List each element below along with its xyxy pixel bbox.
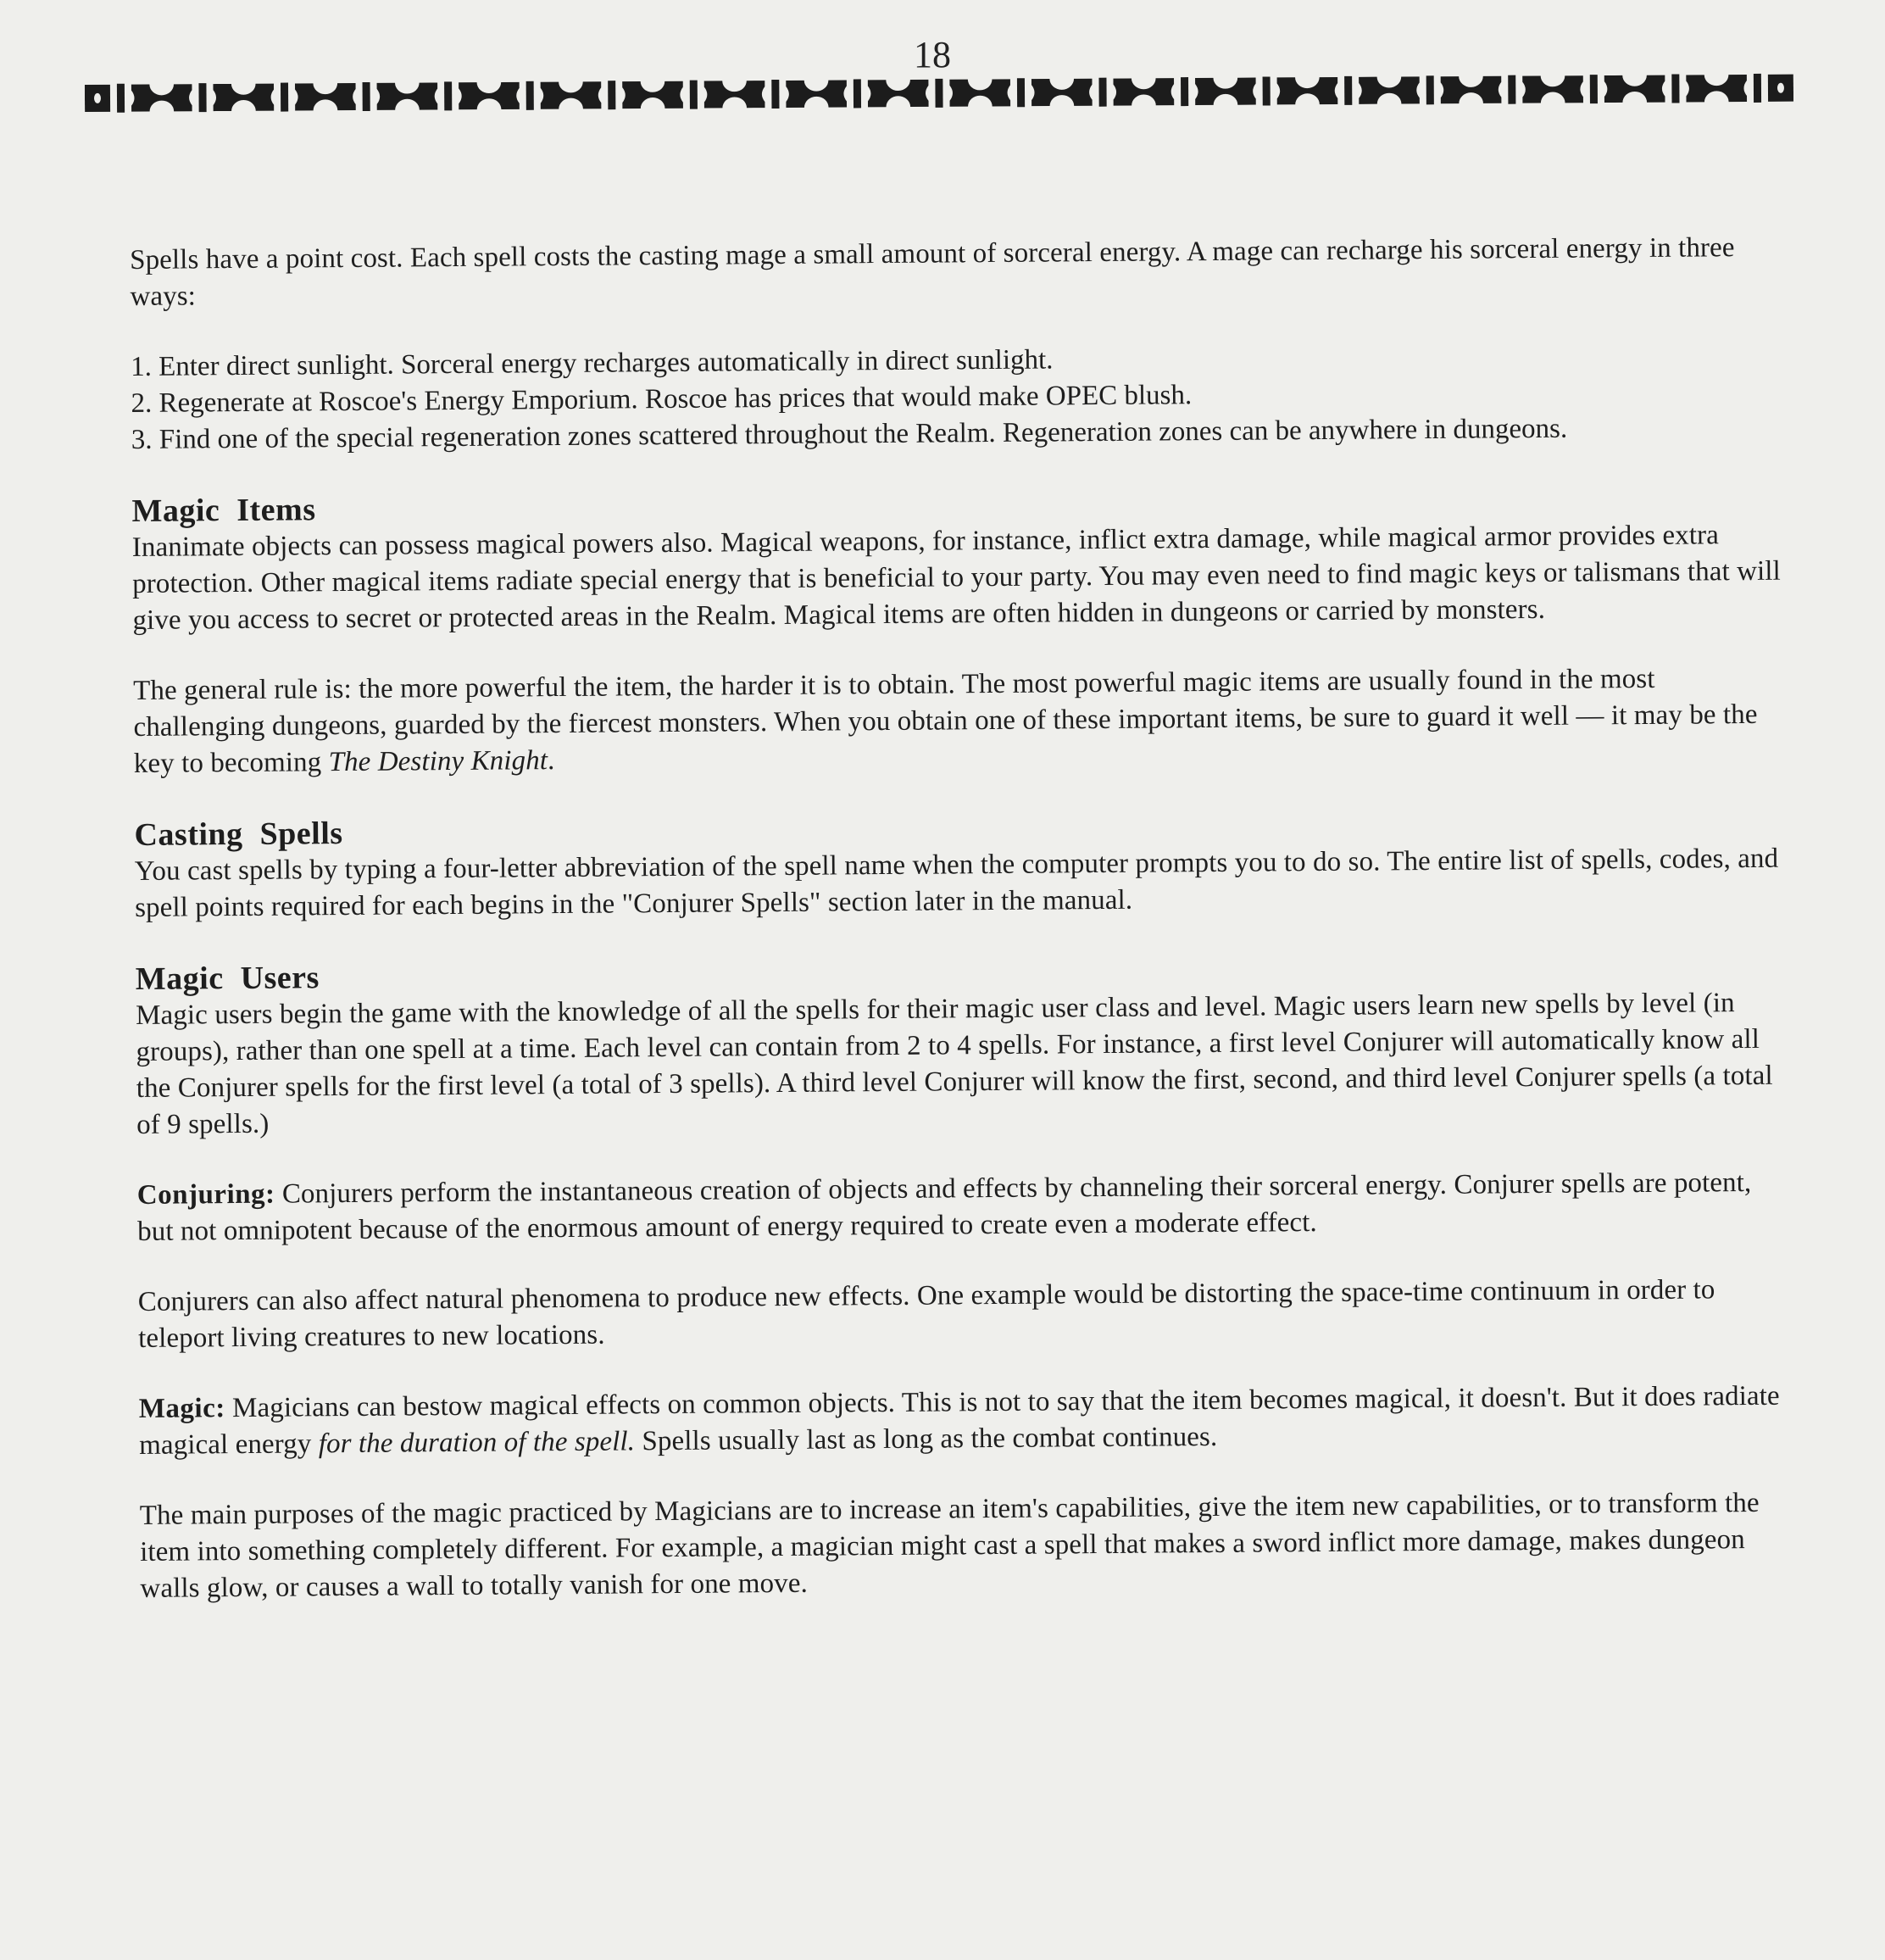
magic-paragraph: Magic: Magicians can bestow magical effe… bbox=[139, 1378, 1793, 1464]
duration-emphasis: for the duration of the spell. bbox=[319, 1426, 636, 1459]
game-title-emphasis: The Destiny Knight bbox=[328, 745, 548, 777]
conjuring-phenomena-paragraph: Conjurers can also affect natural phenom… bbox=[138, 1272, 1792, 1357]
conjuring-label: Conjuring: bbox=[137, 1179, 275, 1211]
magicians-purposes-paragraph: The main purposes of the magic practiced… bbox=[140, 1485, 1793, 1607]
intro-paragraph: Spells have a point cost. Each spell cos… bbox=[130, 230, 1783, 315]
magic-label: Magic: bbox=[139, 1393, 225, 1424]
magic-users-paragraph: Magic users begin the game with the know… bbox=[136, 985, 1789, 1144]
magic-items-paragraph: Inanimate objects can possess magical po… bbox=[132, 517, 1786, 639]
ornamental-border-icon bbox=[85, 71, 1793, 115]
text-run: . bbox=[548, 745, 555, 776]
casting-spells-paragraph: You cast spells by typing a four-letter … bbox=[135, 841, 1788, 927]
page-number: 18 bbox=[0, 34, 1865, 76]
text-run: Spells usually last as long as the comba… bbox=[635, 1422, 1217, 1456]
manual-page-body: Spells have a point cost. Each spell cos… bbox=[130, 230, 1793, 1607]
magic-items-general-rule-paragraph: The general rule is: the more powerful t… bbox=[133, 660, 1787, 782]
conjuring-paragraph: Conjuring: Conjurers perform the instant… bbox=[137, 1165, 1791, 1250]
recharge-methods-list: 1. Enter direct sunlight. Sorceral energ… bbox=[131, 337, 1784, 459]
text-run: Conjurers perform the instantaneous crea… bbox=[137, 1167, 1751, 1247]
